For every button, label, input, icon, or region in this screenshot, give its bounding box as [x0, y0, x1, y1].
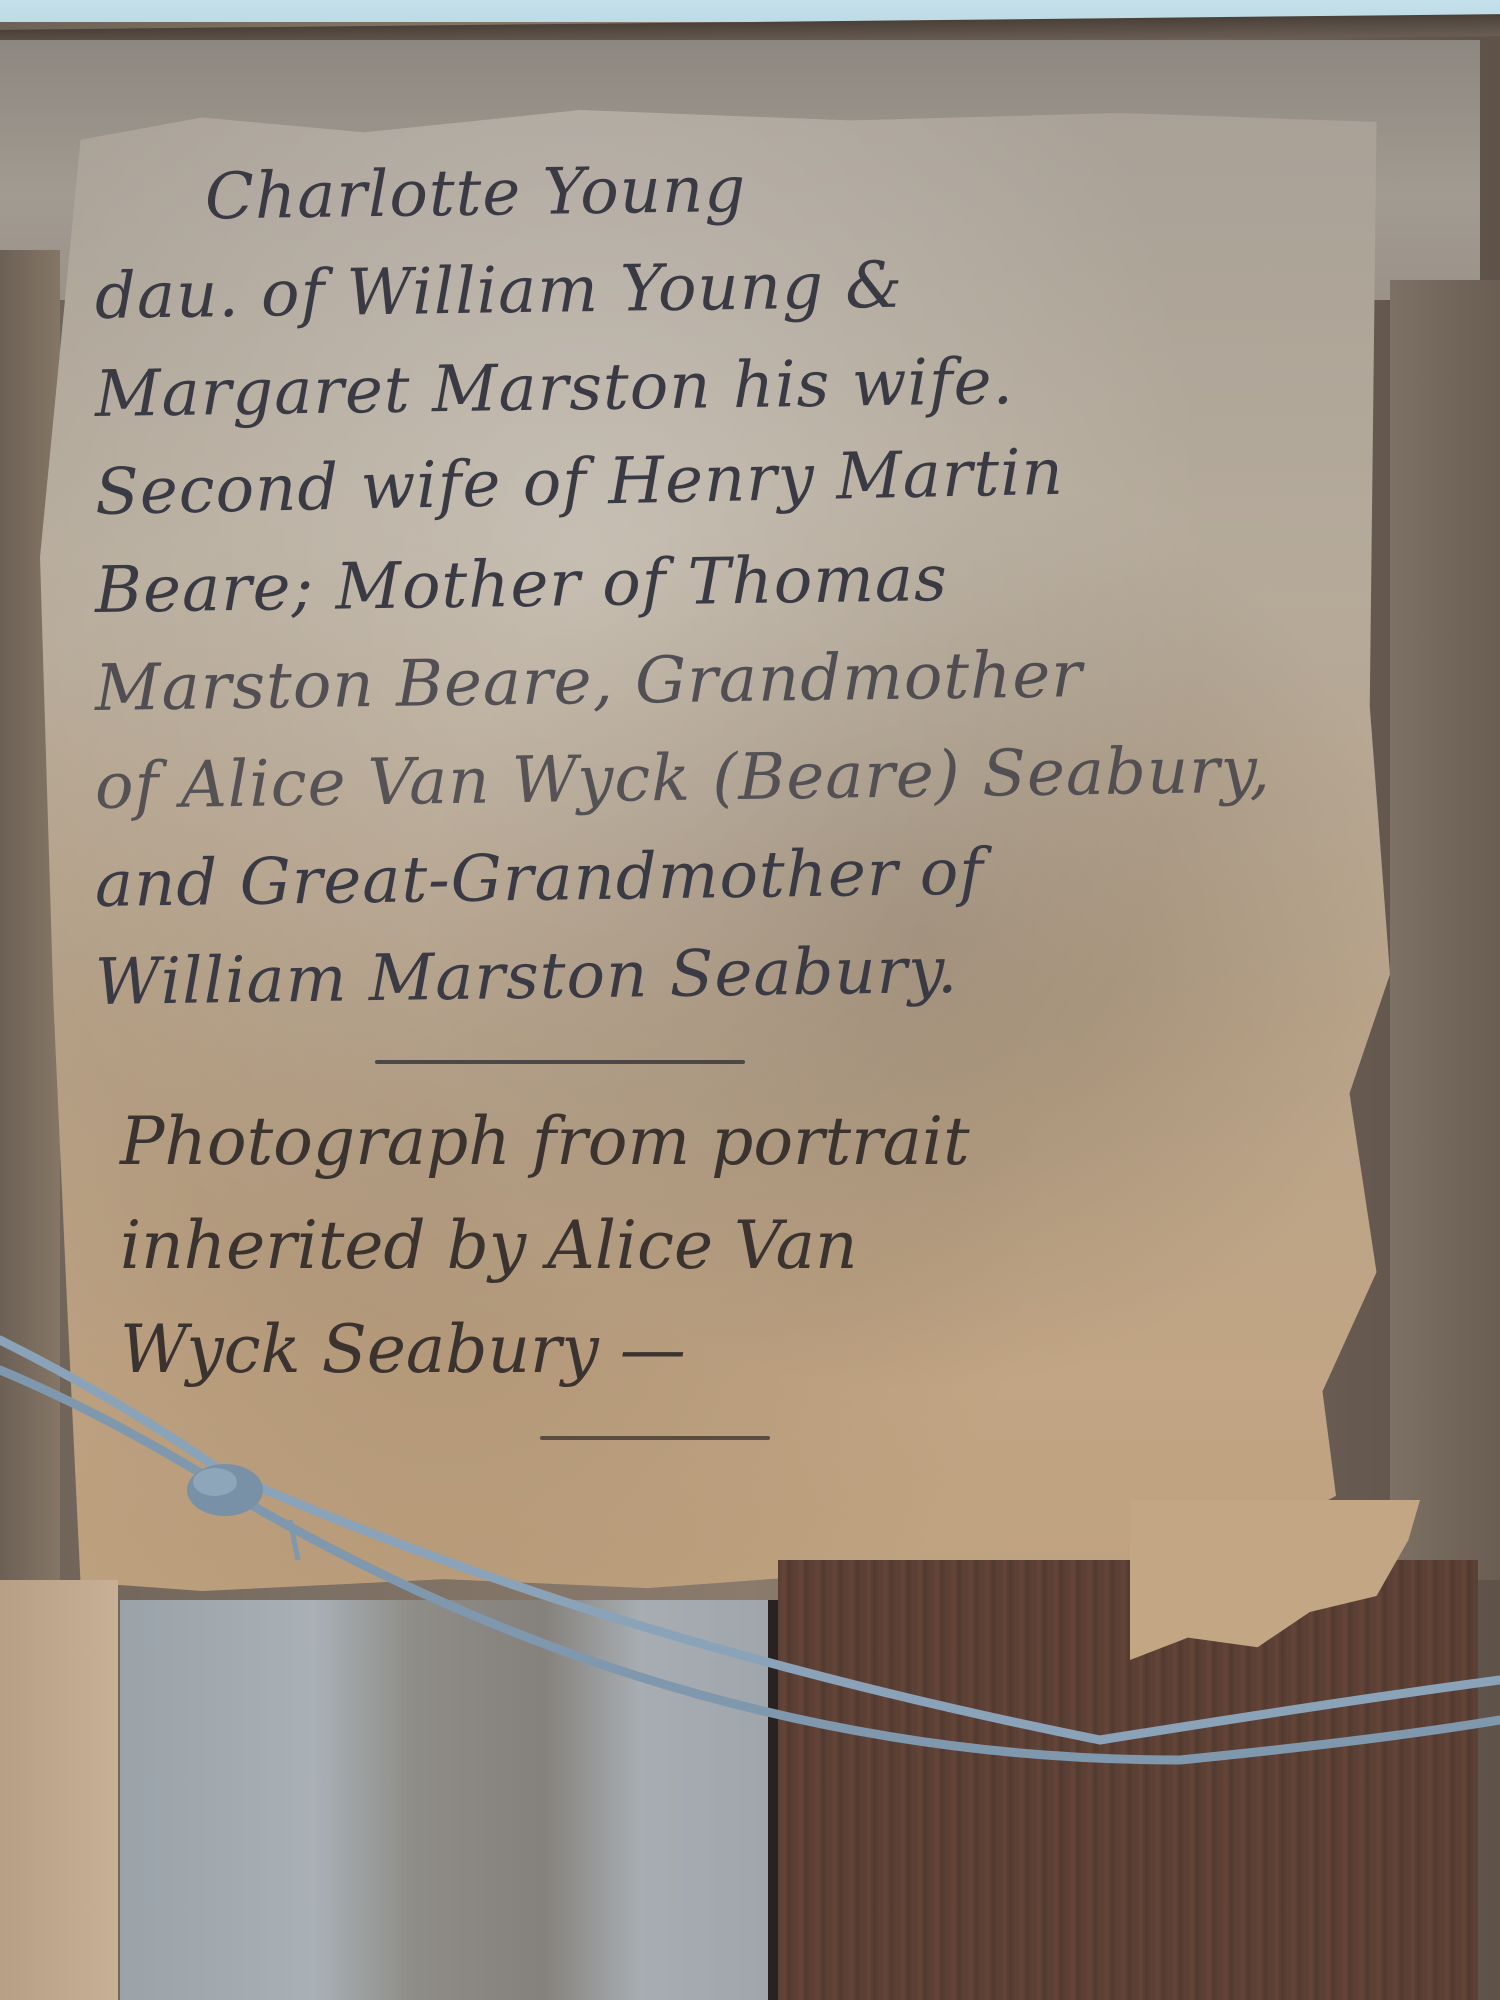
- note-line: Photograph from portrait: [120, 1090, 1340, 1194]
- label-note-handwriting: Photograph from portrait inherited by Al…: [120, 1090, 1340, 1440]
- label-line: dau. of William Young &: [94, 231, 1335, 346]
- photo-backing: [120, 1600, 770, 2000]
- label-line: Marston Beare, Grandmother: [94, 623, 1335, 738]
- divider-rule: [540, 1436, 770, 1440]
- label-line: William Marston Seabury.: [94, 917, 1335, 1032]
- frame-divider: [768, 1600, 778, 2000]
- label-line: of Alice Van Wyck (Beare) Seabury,: [94, 721, 1335, 836]
- frame-left-rail: [0, 1580, 118, 2000]
- label-line: Beare; Mother of Thomas: [94, 525, 1335, 640]
- wood-panel: [778, 1560, 1478, 2000]
- label-handwriting: Charlotte Young dau. of William Young & …: [95, 150, 1335, 1104]
- label-line: and Great-Grandmother of: [94, 819, 1335, 934]
- divider-rule: [375, 1060, 745, 1064]
- label-line: Charlotte Young: [94, 133, 1335, 248]
- note-line: inherited by Alice Van: [120, 1194, 1340, 1298]
- note-line: Wyck Seabury —: [120, 1298, 1340, 1402]
- frame-right-strip: [1390, 280, 1500, 1580]
